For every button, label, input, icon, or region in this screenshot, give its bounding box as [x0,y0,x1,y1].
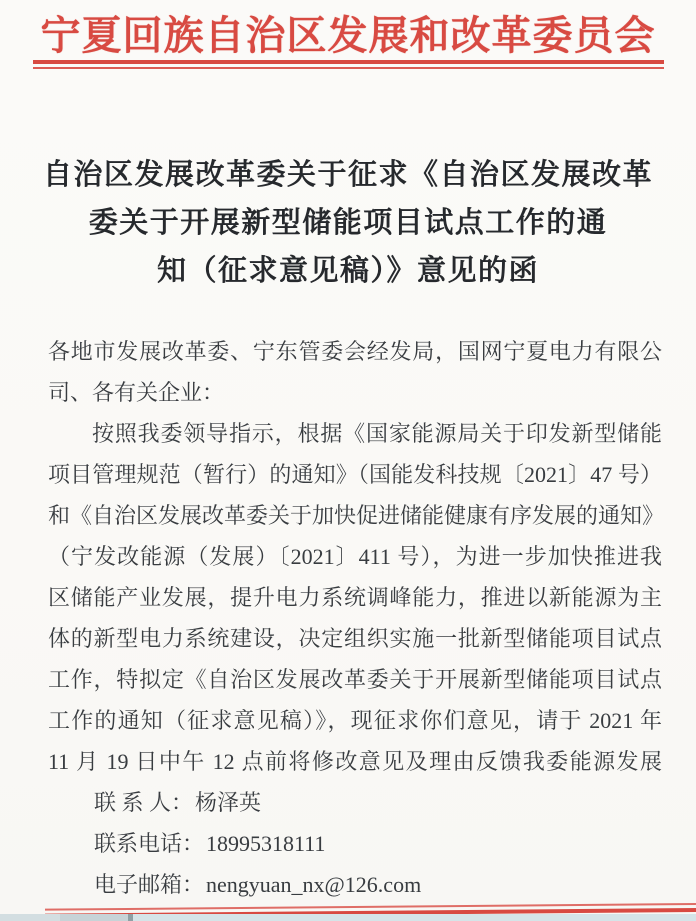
body-line: 项目管理规范（暂行）的通知》（国能发科技规〔2021〕47 号） [48,454,662,495]
document-body: 各地市发展改革委、宁东管委会经发局，国网宁夏电力有限公 司、各有关企业： 按照我… [48,331,662,905]
body-line: 工作，特拟定《自治区发展改革委关于开展新型储能项目试点 [48,659,662,700]
body-line: 区储能产业发展，提升电力系统调峰能力，推进以新能源为主 [48,577,662,618]
body-line: （宁发改能源（发展）〔2021〕411 号），为进一步加快推进我 [48,536,662,577]
edge-strip-segment [60,914,128,921]
contact-phone-label: 联系电话： [94,831,204,856]
letterhead-divider [33,60,664,69]
document-title-line: 知（征求意见稿）》意见的函 [0,247,696,295]
contact-phone-value: 18995318111 [204,831,325,856]
document-title-line: 委关于开展新型储能项目试点工作的通 [0,199,696,247]
body-line: 司、各有关企业： [48,372,662,413]
contact-email-line: 电子邮箱：nengyuan_nx@126.com [48,864,662,905]
body-line: 各地市发展改革委、宁东管委会经发局，国网宁夏电力有限公 [48,331,662,372]
body-line: 按照我委领导指示，根据《国家能源局关于印发新型储能 [48,413,662,454]
contact-person-line: 联 系 人：杨泽英 [48,782,662,823]
contact-person-label: 联 系 人： [94,790,193,815]
edge-strip-segment [133,914,696,921]
document-title-line: 自治区发展改革委关于征求《自治区发展改革 [0,151,696,199]
body-line: 体的新型电力系统建设，决定组织实施一批新型储能项目试点 [48,618,662,659]
document-title: 自治区发展改革委关于征求《自治区发展改革 委关于开展新型储能项目试点工作的通 知… [0,151,696,295]
body-line: 11 月 19 日中午 12 点前将修改意见及理由反馈我委能源发展处。 [48,741,662,782]
contact-person-value: 杨泽英 [193,790,261,815]
contact-phone-line: 联系电话：18995318111 [48,823,662,864]
document-page: 宁夏回族自治区发展和改革委员会 自治区发展改革委关于征求《自治区发展改革 委关于… [0,0,696,921]
contact-email-label: 电子邮箱： [94,872,204,897]
body-line: 工作的通知（征求意见稿）》，现征求你们意见，请于 2021 年 [48,700,662,741]
screen-edge-strip [0,914,696,921]
contact-email-value: nengyuan_nx@126.com [204,872,421,897]
body-line: 和《自治区发展改革委关于加快促进储能健康有序发展的通知》 [48,495,662,536]
edge-strip-segment [0,914,60,921]
letterhead-org-name: 宁夏回族自治区发展和改革委员会 [0,4,696,61]
